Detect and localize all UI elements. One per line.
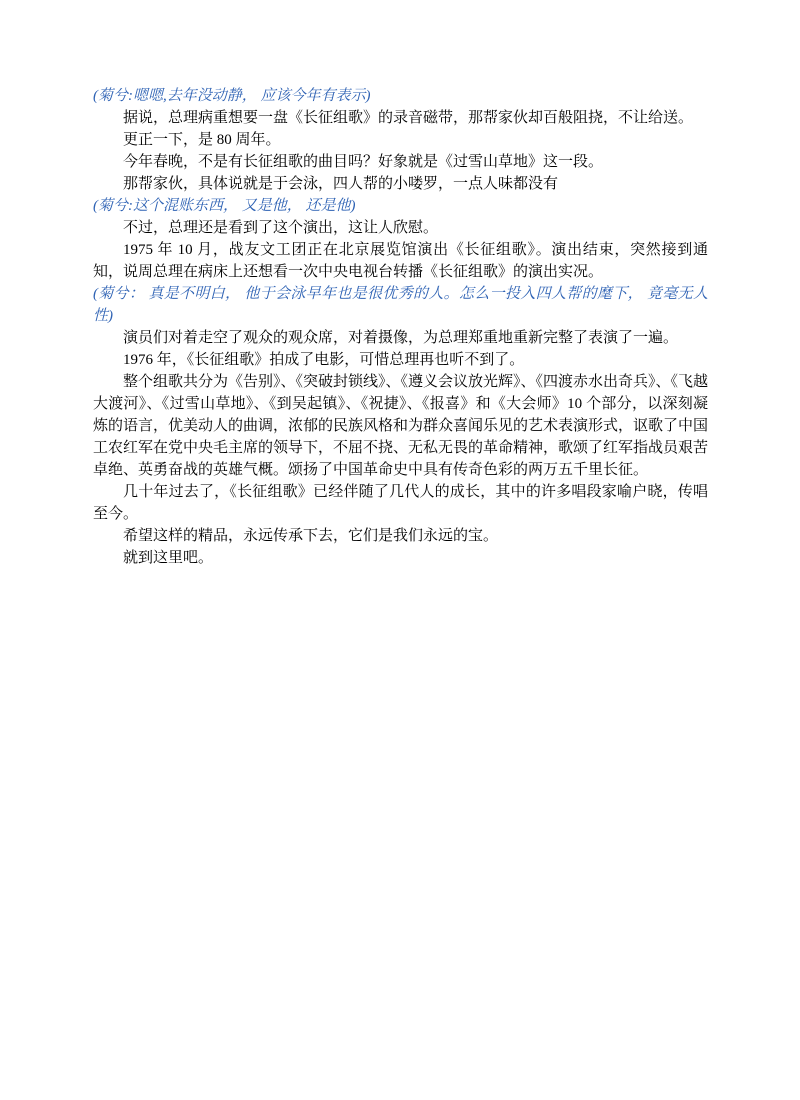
body-paragraph: 1976 年，《长征组歌》拍成了电影，可惜总理再也听不到了。 (93, 349, 708, 371)
body-paragraph: 整个组歌共分为《告别》、《突破封锁线》、《遵义会议放光辉》、《四渡赤水出奇兵》、… (93, 371, 708, 481)
body-paragraph: 今年春晚，不是有长征组歌的曲目吗？好象就是《过雪山草地》这一段。 (93, 151, 708, 173)
body-paragraph: 几十年过去了，《长征组歌》已经伴随了几代人的成长，其中的许多唱段家喻户晓，传唱至… (93, 481, 708, 525)
document-page: (菊兮:嗯嗯,去年没动静， 应该今年有表示)据说，总理病重想要一盘《长征组歌》的… (0, 0, 800, 1100)
body-paragraph: 1975 年 10 月，战友文工团正在北京展览馆演出《长征组歌》。演出结束，突然… (93, 239, 708, 283)
body-paragraph: 据说，总理病重想要一盘《长征组歌》的录音磁带，那帮家伙却百般阻挠，不让给送。 (93, 107, 708, 129)
annotation-paragraph: (菊兮： 真是不明白， 他于会泳早年也是很优秀的人。怎么一投入四人帮的麾下， 竟… (93, 283, 708, 327)
body-paragraph: 就到这里吧。 (93, 547, 708, 569)
annotation-paragraph: (菊兮:这个混账东西， 又是他， 还是他) (93, 195, 708, 217)
body-paragraph: 希望这样的精品，永远传承下去，它们是我们永远的宝。 (93, 525, 708, 547)
body-paragraph: 那帮家伙，具体说就是于会泳，四人帮的小喽罗，一点人味都没有 (93, 173, 708, 195)
document-body: (菊兮:嗯嗯,去年没动静， 应该今年有表示)据说，总理病重想要一盘《长征组歌》的… (93, 85, 708, 569)
body-paragraph: 演员们对着走空了观众的观众席，对着摄像，为总理郑重地重新完整了表演了一遍。 (93, 327, 708, 349)
body-paragraph: 更正一下，是 80 周年。 (93, 129, 708, 151)
body-paragraph: 不过，总理还是看到了这个演出，这让人欣慰。 (93, 217, 708, 239)
annotation-paragraph: (菊兮:嗯嗯,去年没动静， 应该今年有表示) (93, 85, 708, 107)
